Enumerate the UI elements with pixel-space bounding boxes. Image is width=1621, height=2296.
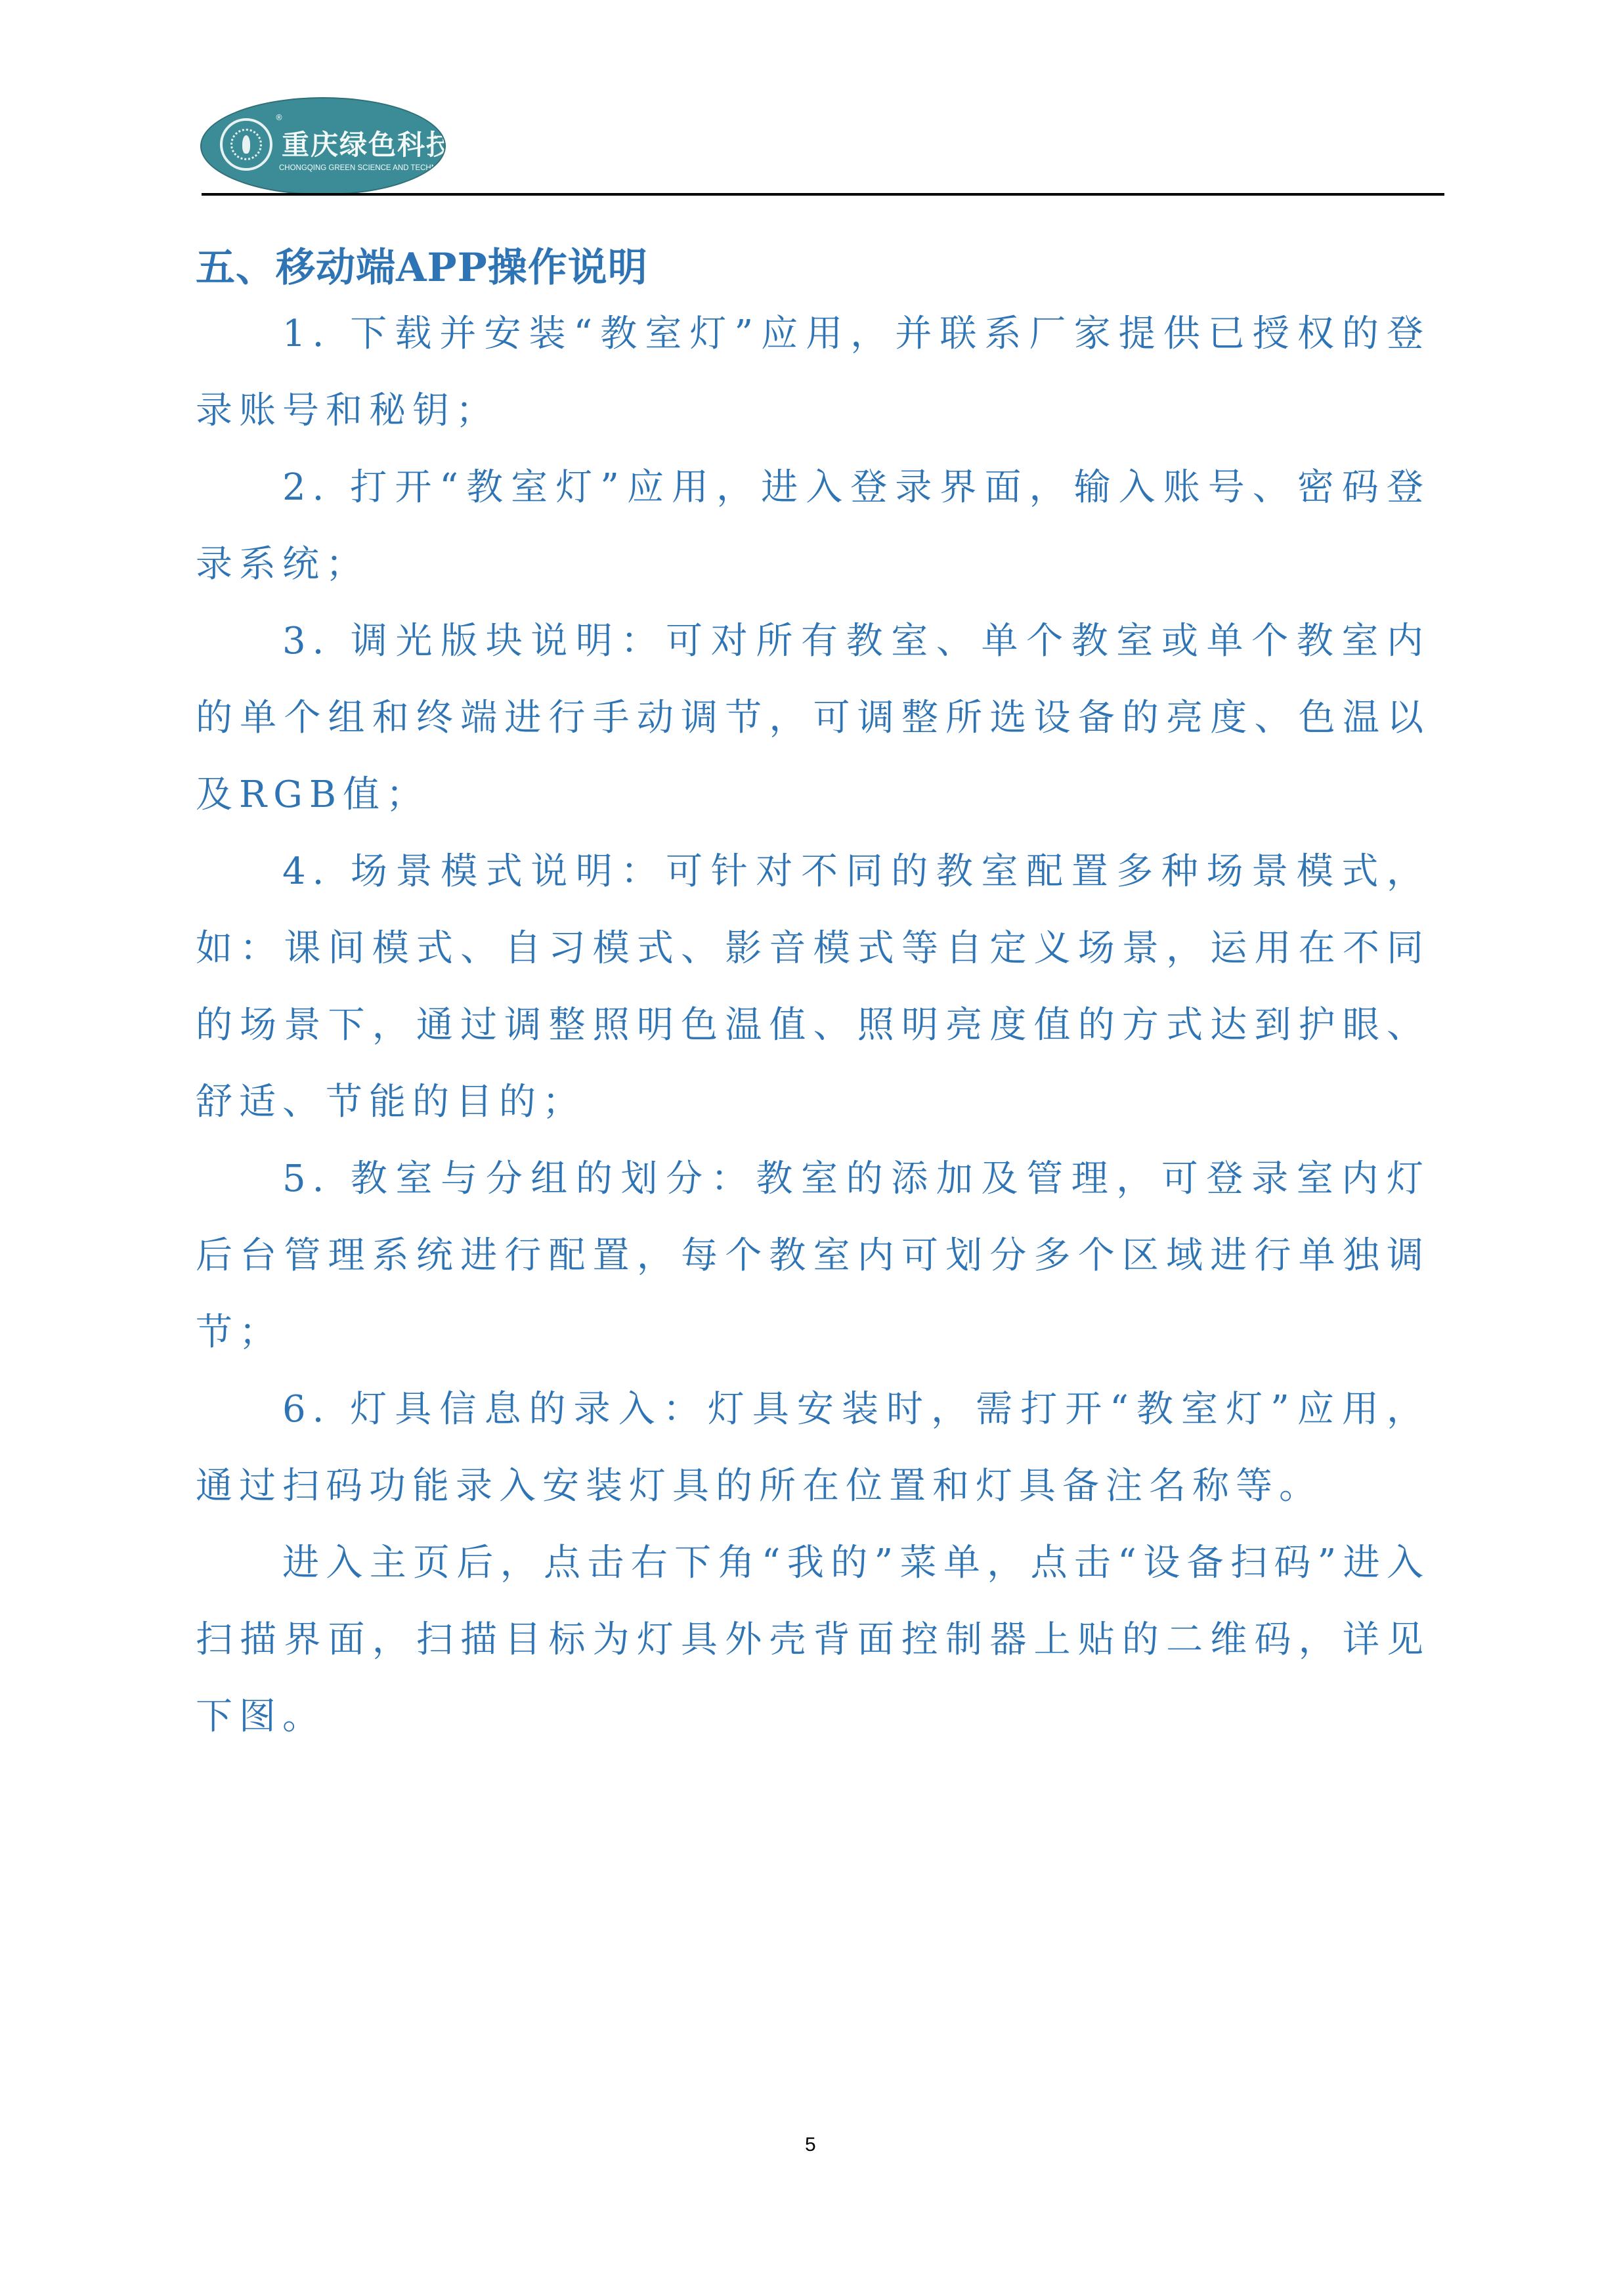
logo-name-en: CHONGQING GREEN SCIENCE AND TECHNOLOGY <box>279 164 446 172</box>
paragraph-step-1: 1. 下载并安装“教室灯”应用，并联系厂家提供已授权的登录账号和秘钥； <box>196 295 1430 449</box>
paragraph-scan-instructions: 进入主页后，点击右下角“我的”菜单，点击“设备扫码”进入扫描界面，扫描目标为灯具… <box>196 1525 1430 1755</box>
page-number: 5 <box>805 2134 816 2156</box>
section-title: 五、移动端APP操作说明 <box>196 236 648 293</box>
logo-name-cn: 重庆绿色科技 <box>282 123 446 163</box>
header-divider <box>202 193 1444 196</box>
paragraph-step-4: 4. 场景模式说明：可针对不同的教室配置多种场景模式，如：课间模式、自习模式、影… <box>196 833 1430 1140</box>
registered-mark: ® <box>275 113 283 122</box>
emblem-icon <box>220 118 272 171</box>
paragraph-step-5: 5. 教室与分组的划分：教室的添加及管理，可登录室内灯后台管理系统进行配置，每个… <box>196 1140 1430 1371</box>
company-logo: ® 重庆绿色科技 CHONGQING GREEN SCIENCE AND TEC… <box>200 97 446 195</box>
paragraph-step-6: 6. 灯具信息的录入：灯具安装时，需打开“教室灯”应用，通过扫码功能录入安装灯具… <box>196 1371 1430 1525</box>
document-body: 1. 下载并安装“教室灯”应用，并联系厂家提供已授权的登录账号和秘钥； 2. 打… <box>196 295 1430 1755</box>
paragraph-step-2: 2. 打开“教室灯”应用，进入登录界面，输入账号、密码登录系统； <box>196 449 1430 603</box>
paragraph-step-3: 3. 调光版块说明：可对所有教室、单个教室或单个教室内的单个组和终端进行手动调节… <box>196 603 1430 833</box>
